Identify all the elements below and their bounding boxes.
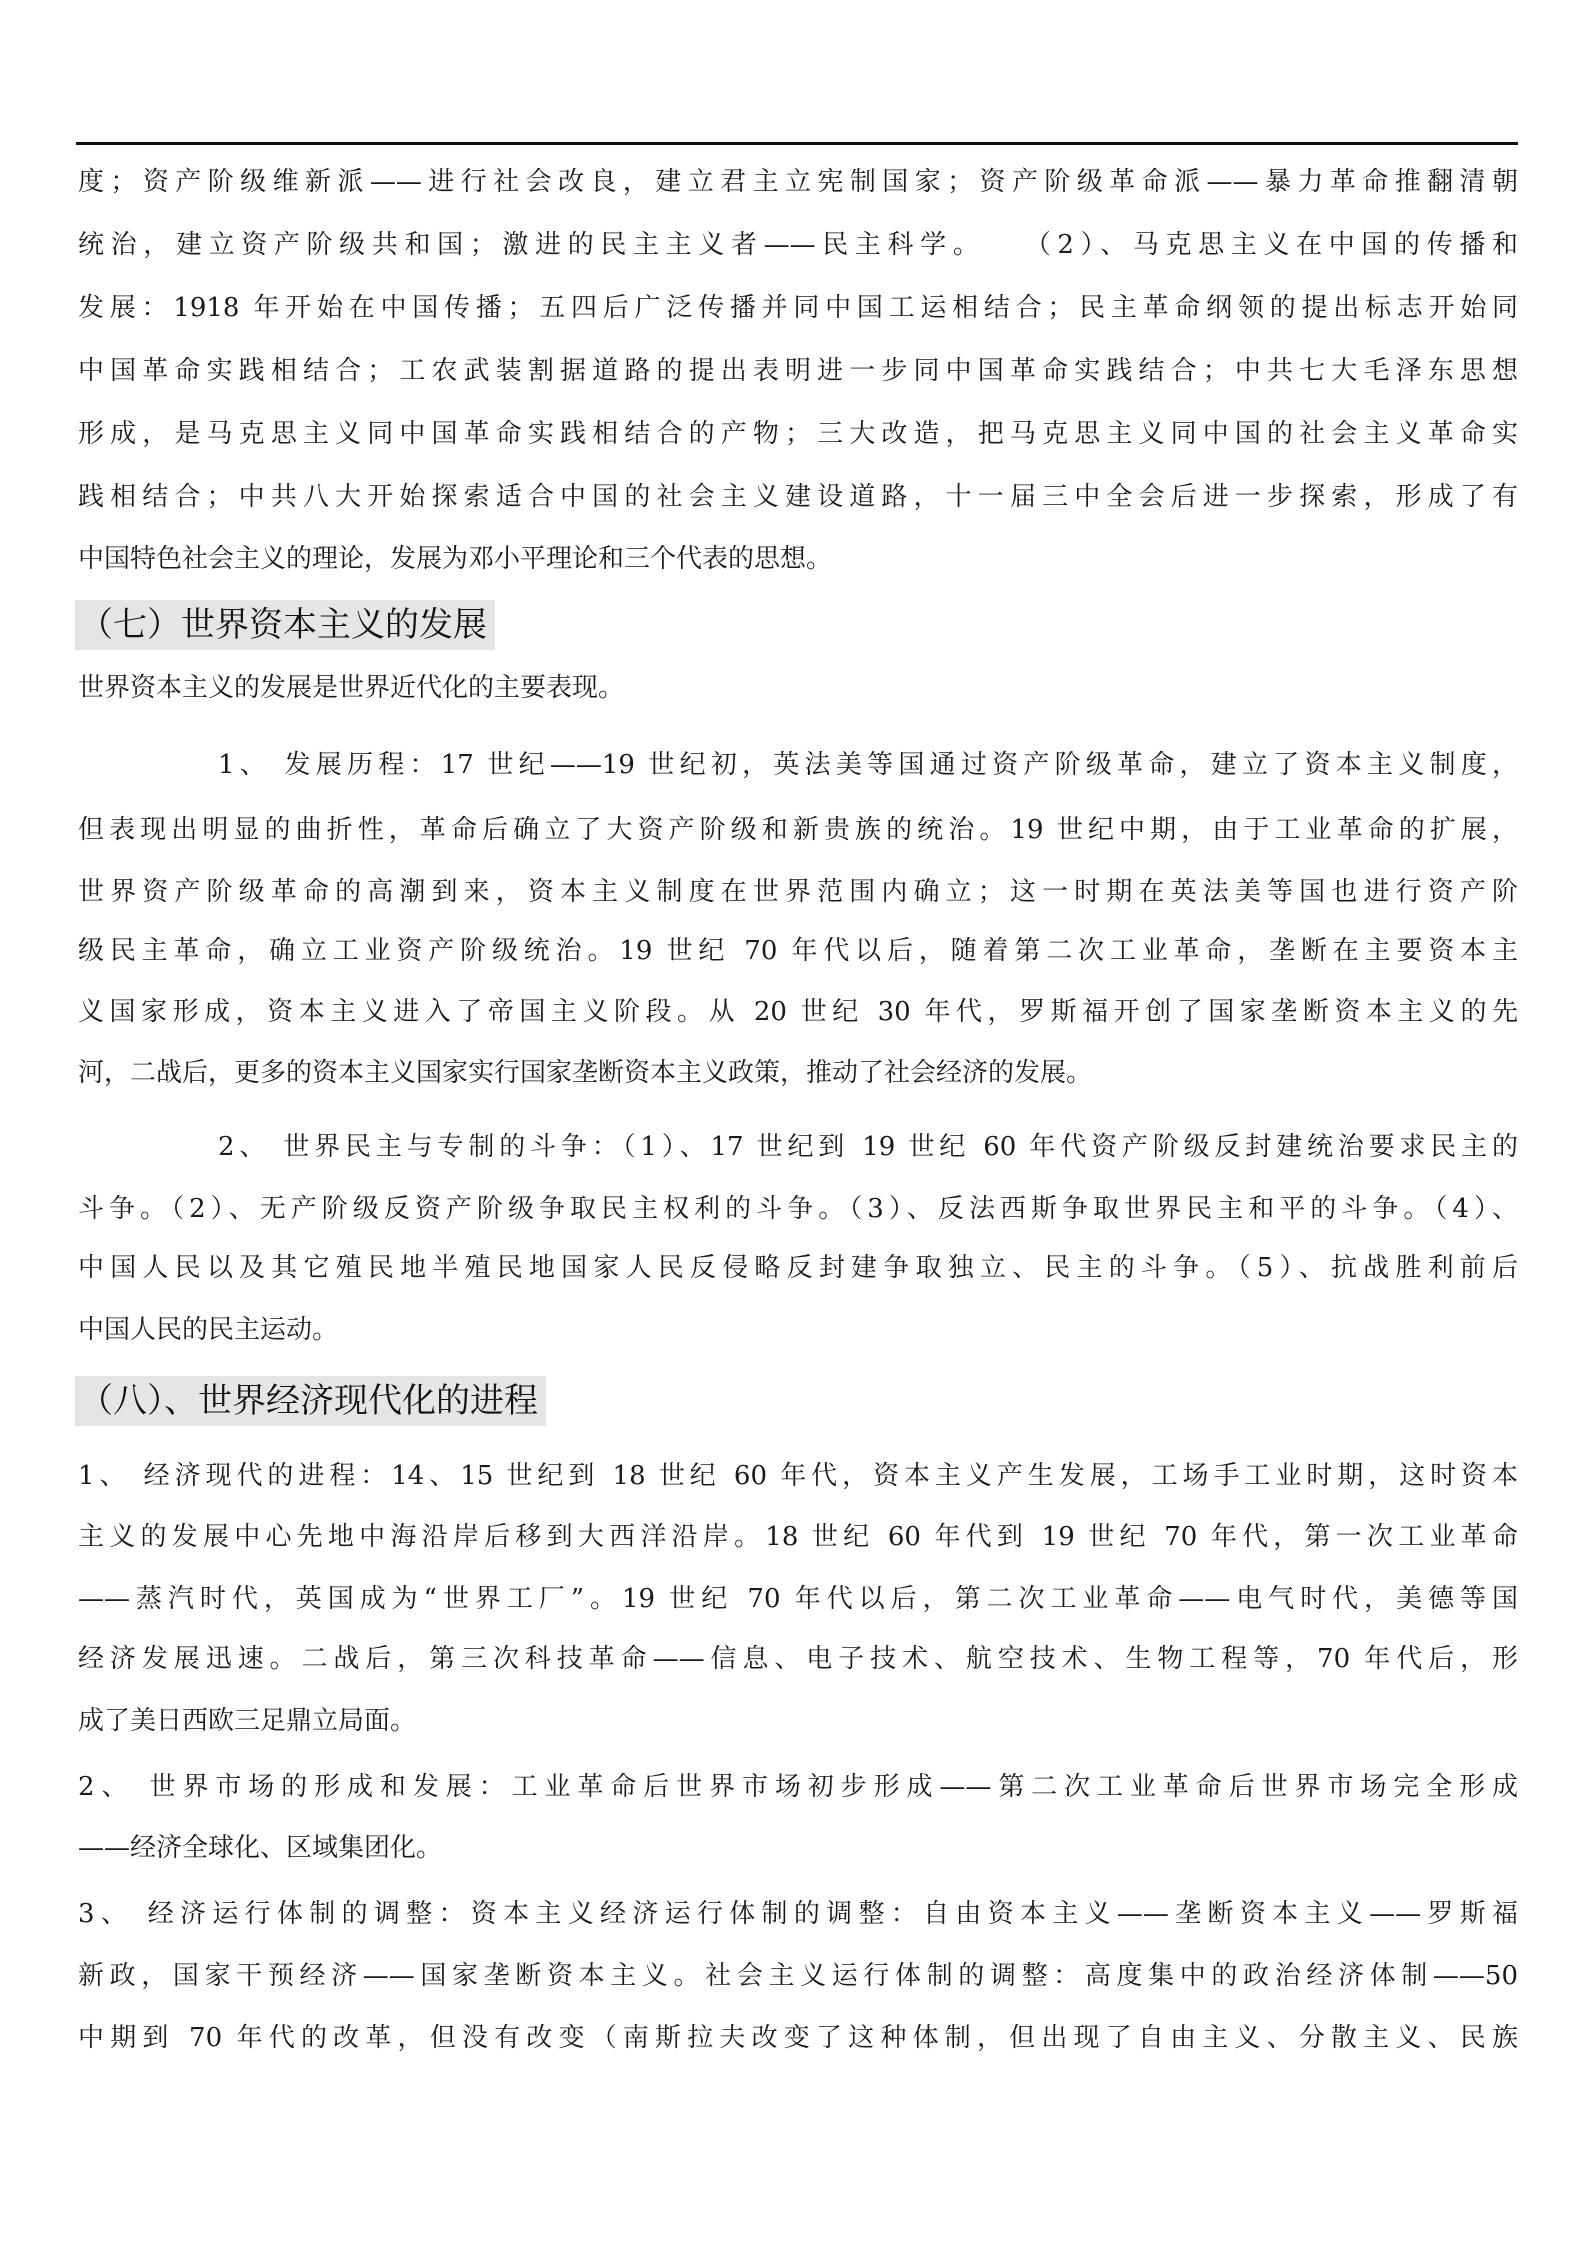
section-intro: 世界资本主义的发展是世界近代化的主要表现。: [78, 671, 1518, 705]
list-item-1-line: 1、 经济现代的进程：14、15 世纪到 18 世纪 60 年代，资本主义产生发…: [78, 1459, 1518, 1493]
body-line: 度；资产阶级维新派——进行社会改良，建立君主立宪制国家；资产阶级革命派——暴力革…: [78, 165, 1518, 199]
list-item-1-line: 但表现出明显的曲折性，革命后确立了大资产阶级和新贵族的统治。19 世纪中期，由于…: [78, 813, 1518, 847]
body-line: 统治，建立资产阶级共和国；激进的民主主义者——民主科学。 （2）、马克思主义在中…: [78, 228, 1518, 262]
list-item-3-line: 3、 经济运行体制的调整：资本主义经济运行体制的调整：自由资本主义——垄断资本主…: [78, 1897, 1518, 1931]
section-heading-8: （八）、世界经济现代化的进程: [75, 1376, 546, 1426]
list-item-2-line: 中国人民以及其它殖民地半殖民地国家人民反侵略反封建争取独立、民主的斗争。（5）、…: [78, 1251, 1518, 1285]
body-line: 形成，是马克思主义同中国革命实践相结合的产物；三大改造，把马克思主义同中国的社会…: [78, 417, 1518, 451]
list-item-1-line: 经济发展迅速。二战后，第三次科技革命——信息、电子技术、航空技术、生物工程等，7…: [78, 1642, 1518, 1676]
list-item-1-line: 义国家形成，资本主义进入了帝国主义阶段。从 20 世纪 30 年代，罗斯福开创了…: [78, 995, 1518, 1029]
list-item-1-line: 河，二战后，更多的资本主义国家实行国家垄断资本主义政策，推动了社会经济的发展。: [78, 1056, 1518, 1090]
list-item-1-line: 级民主革命，确立工业资产阶级统治。19 世纪 70 年代以后，随着第二次工业革命…: [78, 934, 1518, 968]
list-item-3-line: 中期到 70 年代的改革，但没有改变（南斯拉夫改变了这种体制，但出现了自由主义、…: [78, 2021, 1518, 2055]
list-item-1-line: ——蒸汽时代，英国成为“世界工厂”。19 世纪 70 年代以后，第二次工业革命—…: [78, 1582, 1518, 1616]
list-item-2-line: 2、 世界市场的形成和发展：工业革命后世界市场初步形成——第二次工业革命后世界市…: [78, 1770, 1518, 1804]
list-item-1-line: 成了美日西欧三足鼎立局面。: [78, 1704, 1518, 1738]
list-item-2-line: 斗争。（2）、无产阶级反资产阶级争取民主权利的斗争。（3）、反法西斯争取世界民主…: [78, 1192, 1518, 1226]
list-item-1-line: 世界资产阶级革命的高潮到来，资本主义制度在世界范围内确立；这一时期在英法美等国也…: [78, 875, 1518, 909]
body-line: 中国特色社会主义的理论，发展为邓小平理论和三个代表的思想。: [78, 542, 1518, 576]
list-item-1-line: 主义的发展中心先地中海沿岸后移到大西洋沿岸。18 世纪 60 年代到 19 世纪…: [78, 1520, 1518, 1554]
list-item-1-line: 1、 发展历程：17 世纪——19 世纪初，英法美等国通过资产阶级革命，建立了资…: [218, 748, 1518, 782]
list-item-2-line: ——经济全球化、区域集团化。: [78, 1831, 1518, 1865]
body-line: 发展：1918 年开始在中国传播；五四后广泛传播并同中国工运相结合；民主革命纲领…: [78, 291, 1518, 325]
section-heading-7: （七）世界资本主义的发展: [75, 600, 495, 650]
list-item-3-line: 新政，国家干预经济——国家垄断资本主义。社会主义运行体制的调整：高度集中的政治经…: [78, 1959, 1518, 1993]
header-rule: [76, 142, 1518, 145]
list-item-2-line: 2、 世界民主与专制的斗争：（1）、17 世纪到 19 世纪 60 年代资产阶级…: [218, 1130, 1518, 1164]
body-line: 践相结合；中共八大开始探索适合中国的社会主义建设道路，十一届三中全会后进一步探索…: [78, 480, 1518, 514]
list-item-2-line: 中国人民的民主运动。: [78, 1313, 1518, 1347]
body-line: 中国革命实践相结合；工农武装割据道路的提出表明进一步同中国革命实践结合；中共七大…: [78, 354, 1518, 388]
